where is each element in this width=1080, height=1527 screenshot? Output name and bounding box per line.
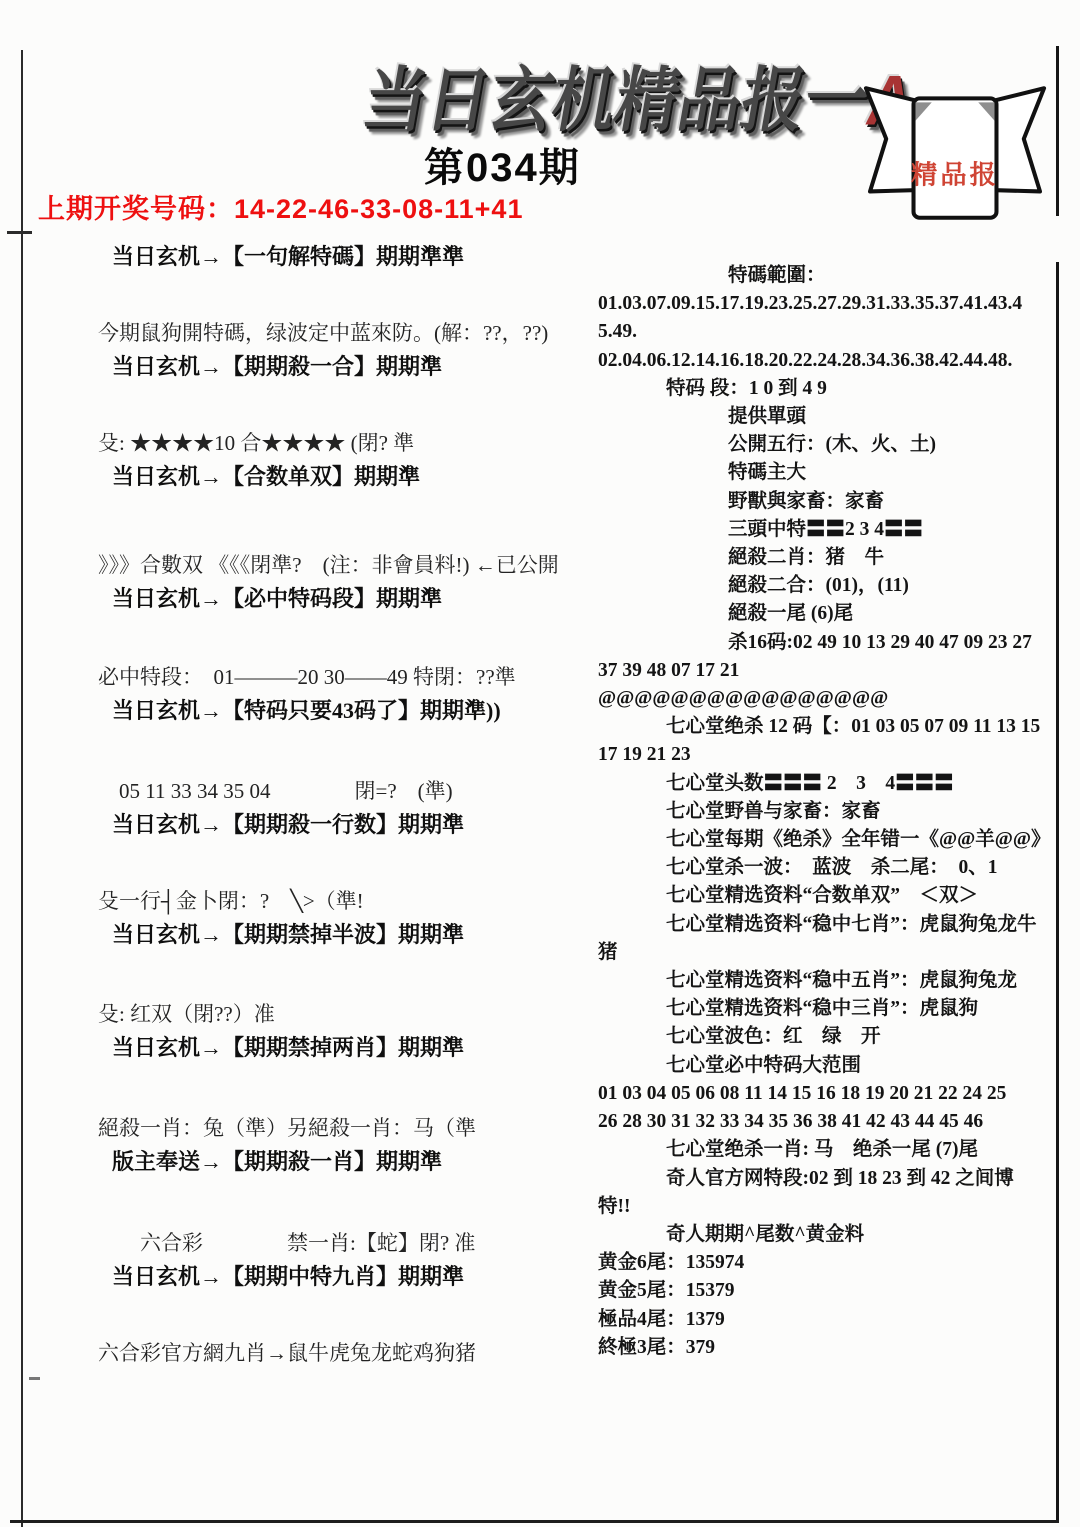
prediction-footer: 当日玄机→【期期禁掉两肖】期期準 <box>96 1033 464 1063</box>
right-line: 37 39 48 07 17 21 <box>598 657 1056 685</box>
right-line: 黄金6尾：135974 <box>598 1249 1056 1277</box>
prediction-footer: 当日玄机→【期期殺一合】期期準 <box>96 352 548 382</box>
right-line: 七心堂精选资料“稳中七肖”：虎鼠狗兔龙牛 <box>598 911 1056 939</box>
right-line: 黄金5尾：15379 <box>598 1277 1056 1305</box>
right-line: 七心堂绝杀一肖: 马 绝杀一尾 (7)尾 <box>598 1136 1056 1164</box>
prediction-footer: 当日玄机→【合数单双】期期準 <box>96 462 420 492</box>
prediction-footer: 版主奉送→【期期殺一肖】期期準 <box>96 1147 476 1177</box>
left-section: 05 11 33 34 35 04 閉=? (準)当日玄机→【期期殺一行数】期期… <box>96 776 464 840</box>
right-line: 七心堂杀一波： 蓝波 杀二尾： 0、1 <box>598 854 1056 882</box>
prediction-note: 殳: ★★★★10 合★★★★ (閉? 準 <box>96 428 420 458</box>
right-line: 26 28 30 31 32 33 34 35 36 38 41 42 43 4… <box>598 1108 1056 1136</box>
left-section: 今期鼠狗開特碼，绿波定中蓝來防。(解：??，??)当日玄机→【期期殺一合】期期準 <box>96 318 548 382</box>
page-border-right-bottom <box>1056 262 1059 1522</box>
prediction-footer: 当日玄机→【期期禁掉半波】期期準 <box>96 920 464 950</box>
right-line: 野獸與家畜：家畜 <box>598 488 1056 516</box>
ribbon-stamp-icon: 精品报 <box>856 66 1054 238</box>
left-section: 必中特段： 01———20 30——49 特閉：??準当日玄机→【特码只要43码… <box>96 662 516 726</box>
prediction-note: 》》》合數双 《《《閉準? (注：非會員料!) ←已公開 <box>96 550 559 580</box>
left-section: 殳: 红双（閉??）准当日玄机→【期期禁掉两肖】期期準 <box>96 999 464 1063</box>
right-line: 七心堂必中特码大范围 <box>598 1052 1056 1080</box>
right-line: 七心堂精选资料“稳中五肖”：虎鼠狗兔龙 <box>598 967 1056 995</box>
margin-tick-top <box>7 231 32 234</box>
page-border-bottom <box>10 1520 1059 1523</box>
right-line: 終極3尾：379 <box>598 1334 1056 1362</box>
ribbon-center-panel <box>914 98 997 217</box>
right-line: 七心堂精选资料“合数单双” ＜双＞ <box>598 882 1056 910</box>
prediction-note: 05 11 33 34 35 04 閉=? (準) <box>96 776 464 806</box>
left-section: 絕殺一肖：兔（準）另絕殺一肖：马（準版主奉送→【期期殺一肖】期期準 <box>96 1113 476 1177</box>
prediction-note: 殳一行┤金卜閉：? ╲>（準! <box>96 886 464 916</box>
prediction-note: 必中特段： 01———20 30——49 特閉：??準 <box>96 662 516 692</box>
right-line: @@@@@@@@@@@@@@@@ <box>598 685 1056 713</box>
last-draw-numbers: 上期开奖号码：14-22-46-33-08-11+41 <box>38 187 523 226</box>
prediction-footer: 当日玄机→【特码只要43码了】期期準)) <box>96 696 516 726</box>
right-line: 特!! <box>598 1193 1056 1221</box>
right-line: 絕殺二合：(01)，(11) <box>598 572 1056 600</box>
prediction-note: 殳: 红双（閉??）准 <box>96 999 464 1029</box>
prediction-note: 絕殺一肖：兔（準）另絕殺一肖：马（準 <box>96 1113 476 1143</box>
right-line: 絕殺一尾 (6)尾 <box>598 600 1056 628</box>
prediction-note: 六合彩 禁一肖:【蛇】閉? 准 <box>96 1228 475 1258</box>
prediction-footer: 当日玄机→【期期殺一行数】期期準 <box>96 810 464 840</box>
right-line: 猪 <box>598 939 1056 967</box>
page-border-right-top <box>1056 46 1059 216</box>
margin-tick-bottom <box>29 1377 40 1380</box>
left-section: 当日玄机→【一句解特碼】期期準準 <box>96 238 464 272</box>
prediction-footer: 当日玄机→【必中特码段】期期準 <box>96 584 559 614</box>
right-line: 特码 段：1 0 到 4 9 <box>598 375 1056 403</box>
left-section: 殳: ★★★★10 合★★★★ (閉? 準当日玄机→【合数单双】期期準 <box>96 428 420 492</box>
scan-page: 当日玄机精品报一A 第034期 上期开奖号码：14-22-46-33-08-11… <box>0 0 1080 1527</box>
right-line: 七心堂绝杀 12 码【：01 03 05 07 09 11 13 15 <box>598 713 1056 741</box>
page-border-left <box>21 50 23 1527</box>
right-line: 特碼範圍： <box>598 262 1056 290</box>
right-line: 奇人官方网特段:02 到 18 23 到 42 之间博 <box>598 1165 1056 1193</box>
right-line: 02.04.06.12.14.16.18.20.22.24.28.34.36.3… <box>598 347 1056 375</box>
right-line: 絕殺二肖：猪 牛 <box>598 544 1056 572</box>
right-line: 5.49. <box>598 318 1056 346</box>
right-line: 01.03.07.09.15.17.19.23.25.27.29.31.33.3… <box>598 290 1056 318</box>
right-line: 七心堂野兽与家畜：家畜 <box>598 798 1056 826</box>
left-section: 六合彩 禁一肖:【蛇】閉? 准当日玄机→【期期中特九肖】期期準 <box>96 1228 475 1292</box>
right-line: 七心堂每期《绝杀》全年错一《@@羊@@》 <box>598 826 1056 854</box>
prediction-note: 今期鼠狗開特碼，绿波定中蓝來防。(解：??，??) <box>96 318 548 348</box>
right-line: 七心堂波色：红 绿 开 <box>598 1023 1056 1051</box>
right-line: 01 03 04 05 06 08 11 14 15 16 18 19 20 2… <box>598 1080 1056 1108</box>
prediction-footer: 当日玄机→【期期中特九肖】期期準 <box>96 1262 475 1292</box>
right-line: 17 19 21 23 <box>598 741 1056 769</box>
right-line: 極品4尾：1379 <box>598 1306 1056 1334</box>
stamp-label: 精品报 <box>911 159 999 189</box>
prediction-footer: 当日玄机→【一句解特碼】期期準準 <box>96 242 464 272</box>
right-line: 杀16码:02 49 10 13 29 40 47 09 23 27 <box>598 629 1056 657</box>
right-line: 特碼主大 <box>598 459 1056 487</box>
right-line: 七心堂精选资料“稳中三肖”：虎鼠狗 <box>598 995 1056 1023</box>
left-section: 》》》合數双 《《《閉準? (注：非會員料!) ←已公開当日玄机→【必中特码段】… <box>96 550 559 614</box>
right-line: 七心堂头数〓〓〓 2 3 4〓〓〓 <box>598 770 1056 798</box>
prediction-note: 六合彩官方網九肖→鼠牛虎兔龙蛇鸡狗猪 <box>96 1338 476 1368</box>
left-section: 六合彩官方網九肖→鼠牛虎兔龙蛇鸡狗猪 <box>96 1338 476 1368</box>
right-line: 提供單頭 <box>598 403 1056 431</box>
issue-number: 第034期 <box>424 136 581 193</box>
right-line: 公開五行：(木、火、土) <box>598 431 1056 459</box>
left-section: 殳一行┤金卜閉：? ╲>（準!当日玄机→【期期禁掉半波】期期準 <box>96 886 464 950</box>
right-column: 特碼範圍：01.03.07.09.15.17.19.23.25.27.29.31… <box>598 262 1056 1362</box>
right-line: 三頭中特〓〓2 3 4〓〓 <box>598 516 1056 544</box>
masthead-title-text: 当日玄机精品报一 <box>357 62 875 140</box>
right-line: 奇人期期^尾数^黄金料 <box>598 1221 1056 1249</box>
masthead-title: 当日玄机精品报一A <box>356 44 923 146</box>
